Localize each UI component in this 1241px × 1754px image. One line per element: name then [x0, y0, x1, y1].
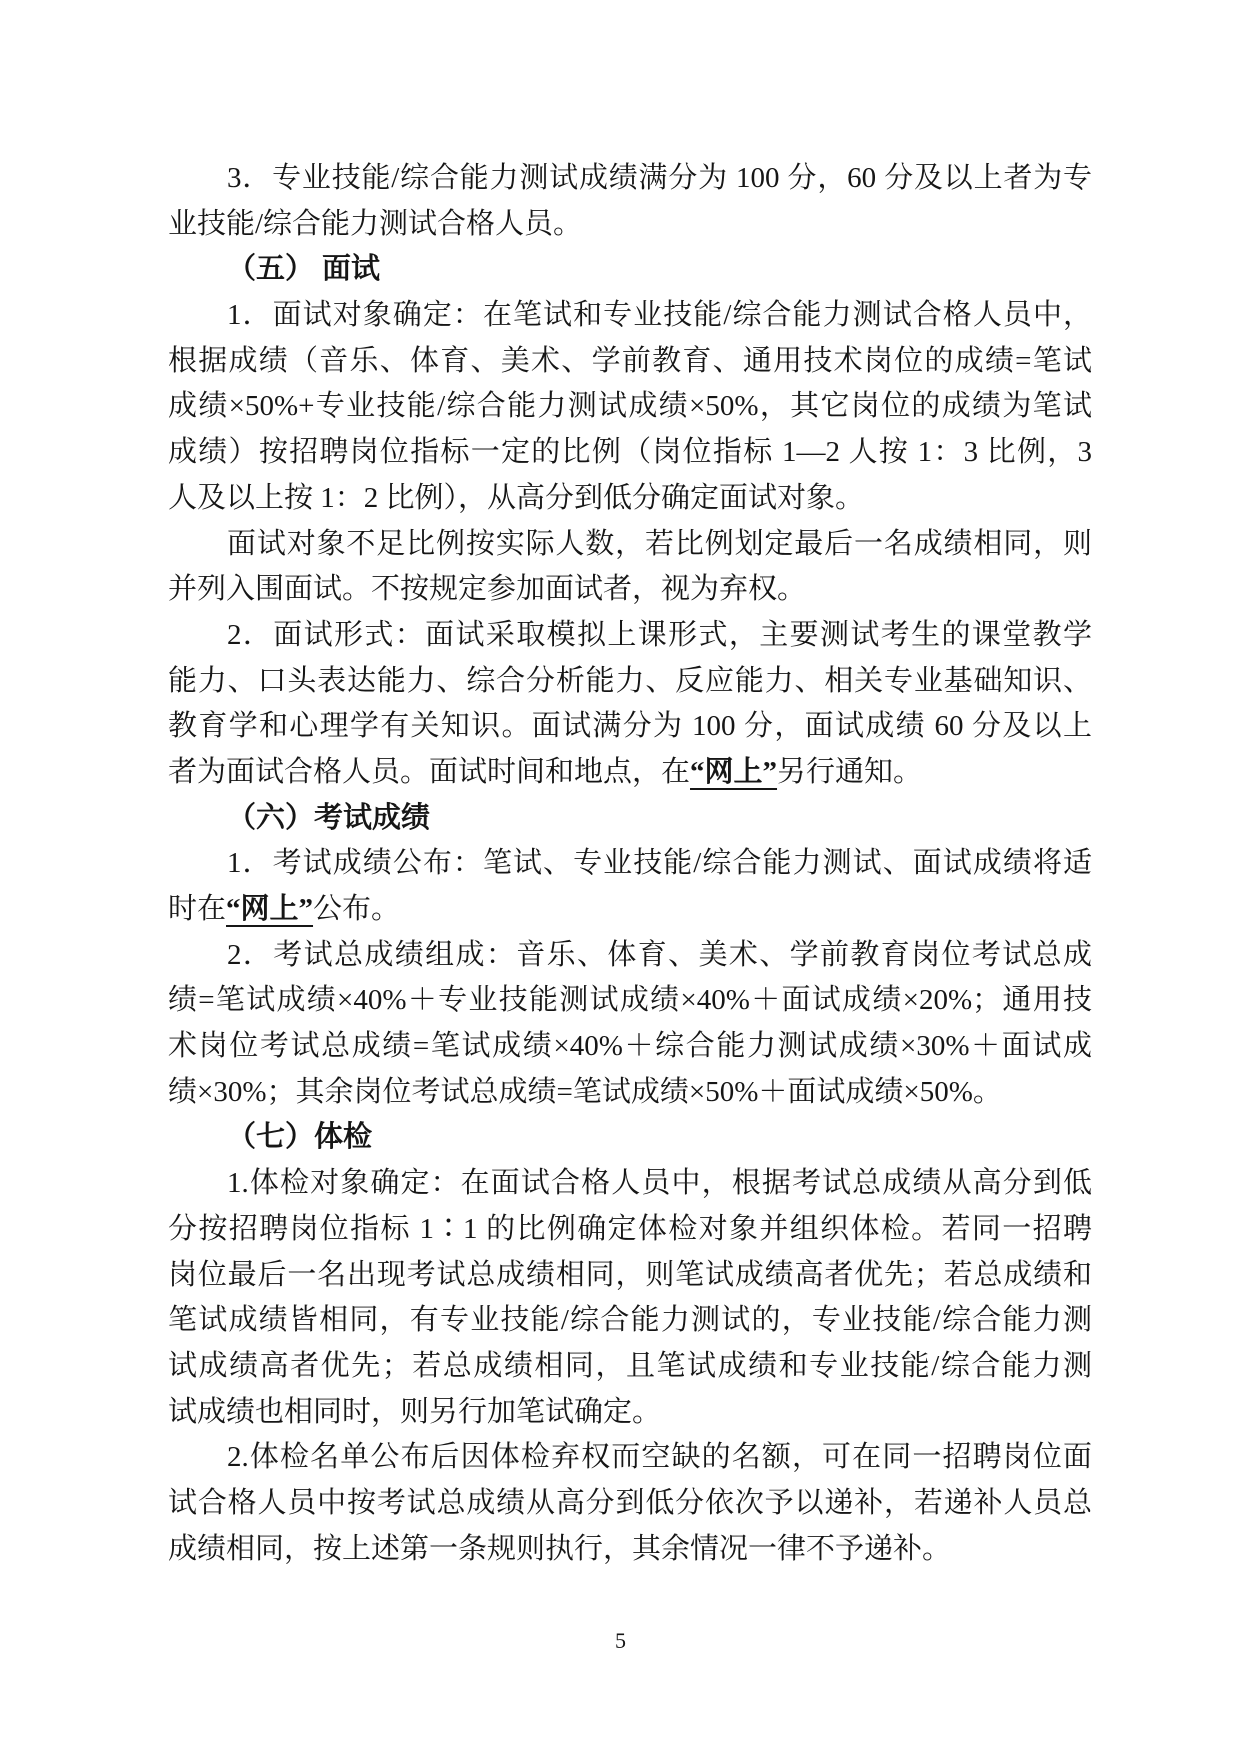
text-run: 2．面试形式：面试采取模拟上课形式，主要测试考生的课堂教学 — [227, 619, 1092, 651]
text-run: 成绩）按招聘岗位指标一定的比例（岗位指标 1—2 人按 1：3 比例，3 — [168, 436, 1092, 468]
text-line: 业技能/综合能力测试合格人员。 — [168, 202, 1092, 248]
text-run: 术岗位考试总成绩=笔试成绩×40%＋综合能力测试成绩×30%＋面试成 — [168, 1030, 1092, 1062]
section-heading: （五） 面试 — [168, 247, 1092, 293]
page-number: 5 — [0, 1628, 1241, 1654]
document-body: 3．专业技能/综合能力测试成绩满分为 100 分，60 分及以上者为专业技能/综… — [168, 156, 1092, 1572]
text-line: 面试对象不足比例按实际人数，若比例划定最后一名成绩相同，则 — [168, 522, 1092, 568]
text-run: 笔试成绩皆相同，有专业技能/综合能力测试的，专业技能/综合能力测 — [168, 1304, 1092, 1336]
text-run: 绩×30%；其余岗位考试总成绩=笔试成绩×50%＋面试成绩×50%。 — [168, 1076, 1002, 1108]
section-heading: （七）体检 — [168, 1115, 1092, 1161]
text-run: 试成绩也相同时，则另行加笔试确定。 — [168, 1396, 661, 1428]
text-run: 岗位最后一名出现考试总成绩相同，则笔试成绩高者优先；若总成绩和 — [168, 1259, 1092, 1291]
text-run: 1．面试对象确定：在笔试和专业技能/综合能力测试合格人员中， — [227, 299, 1092, 331]
text-line: 成绩）按招聘岗位指标一定的比例（岗位指标 1—2 人按 1：3 比例，3 — [168, 430, 1092, 476]
text-line: 2．面试形式：面试采取模拟上课形式，主要测试考生的课堂教学 — [168, 613, 1092, 659]
text-line: 2．考试总成绩组成：音乐、体育、美术、学前教育岗位考试总成 — [168, 933, 1092, 979]
text-run: 试成绩高者优先；若总成绩相同，且笔试成绩和专业技能/综合能力测 — [168, 1350, 1092, 1382]
text-line: 试合格人员中按考试总成绩从高分到低分依次予以递补，若递补人员总 — [168, 1481, 1092, 1527]
text-line: 者为面试合格人员。面试时间和地点，在“网上”另行通知。 — [168, 750, 1092, 796]
text-run: 时在 — [168, 893, 226, 925]
text-run: 1．考试成绩公布：笔试、专业技能/综合能力测试、面试成绩将适 — [227, 847, 1092, 879]
section-heading: （六）考试成绩 — [168, 796, 1092, 842]
text-line: 绩×30%；其余岗位考试总成绩=笔试成绩×50%＋面试成绩×50%。 — [168, 1070, 1092, 1116]
text-line: 能力、口头表达能力、综合分析能力、反应能力、相关专业基础知识、 — [168, 659, 1092, 705]
text-line: 3．专业技能/综合能力测试成绩满分为 100 分，60 分及以上者为专 — [168, 156, 1092, 202]
text-line: 试成绩高者优先；若总成绩相同，且笔试成绩和专业技能/综合能力测 — [168, 1344, 1092, 1390]
text-run: 成绩×50%+专业技能/综合能力测试成绩×50%，其它岗位的成绩为笔试 — [168, 390, 1092, 422]
text-run: 成绩相同，按上述第一条规则执行，其余情况一律不予递补。 — [168, 1533, 951, 1565]
text-run: 并列入围面试。不按规定参加面试者，视为弃权。 — [168, 573, 806, 605]
text-run: 教育学和心理学有关知识。面试满分为 100 分，面试成绩 60 分及以上 — [168, 710, 1092, 742]
text-run: 1.体检对象确定：在面试合格人员中，根据考试总成绩从高分到低 — [227, 1167, 1092, 1199]
text-line: 分按招聘岗位指标 1∶1 的比例确定体检对象并组织体检。若同一招聘 — [168, 1207, 1092, 1253]
text-run: 2.体检名单公布后因体检弃权而空缺的名额，可在同一招聘岗位面 — [227, 1441, 1092, 1473]
text-run: （七）体检 — [227, 1121, 372, 1153]
text-run: 者为面试合格人员。面试时间和地点，在 — [168, 756, 690, 788]
emphasized-underlined-term: “网上” — [226, 893, 313, 925]
text-line: 根据成绩（音乐、体育、美术、学前教育、通用技术岗位的成绩=笔试 — [168, 339, 1092, 385]
text-line: 术岗位考试总成绩=笔试成绩×40%＋综合能力测试成绩×30%＋面试成 — [168, 1024, 1092, 1070]
text-line: 人及以上按 1：2 比例），从高分到低分确定面试对象。 — [168, 476, 1092, 522]
text-run: 能力、口头表达能力、综合分析能力、反应能力、相关专业基础知识、 — [168, 665, 1092, 697]
text-run: 分按招聘岗位指标 1∶1 的比例确定体检对象并组织体检。若同一招聘 — [168, 1213, 1092, 1245]
text-run: 3．专业技能/综合能力测试成绩满分为 100 分，60 分及以上者为专 — [227, 162, 1092, 194]
text-run: （六）考试成绩 — [227, 802, 430, 834]
text-line: 1．面试对象确定：在笔试和专业技能/综合能力测试合格人员中， — [168, 293, 1092, 339]
text-run: 公布。 — [313, 893, 400, 925]
text-line: 并列入围面试。不按规定参加面试者，视为弃权。 — [168, 567, 1092, 613]
text-run: 面试对象不足比例按实际人数，若比例划定最后一名成绩相同，则 — [227, 528, 1092, 560]
text-run: 2．考试总成绩组成：音乐、体育、美术、学前教育岗位考试总成 — [227, 939, 1092, 971]
text-run: （五） 面试 — [227, 253, 380, 285]
text-line: 试成绩也相同时，则另行加笔试确定。 — [168, 1390, 1092, 1436]
text-line: 岗位最后一名出现考试总成绩相同，则笔试成绩高者优先；若总成绩和 — [168, 1253, 1092, 1299]
text-line: 1.体检对象确定：在面试合格人员中，根据考试总成绩从高分到低 — [168, 1161, 1092, 1207]
text-run: 另行通知。 — [777, 756, 922, 788]
text-line: 成绩相同，按上述第一条规则执行，其余情况一律不予递补。 — [168, 1527, 1092, 1573]
emphasized-underlined-term: “网上” — [690, 756, 777, 788]
text-line: 2.体检名单公布后因体检弃权而空缺的名额，可在同一招聘岗位面 — [168, 1435, 1092, 1481]
text-line: 1．考试成绩公布：笔试、专业技能/综合能力测试、面试成绩将适 — [168, 841, 1092, 887]
text-run: 人及以上按 1：2 比例），从高分到低分确定面试对象。 — [168, 482, 864, 514]
text-run: 业技能/综合能力测试合格人员。 — [168, 208, 582, 240]
text-line: 笔试成绩皆相同，有专业技能/综合能力测试的，专业技能/综合能力测 — [168, 1298, 1092, 1344]
text-run: 根据成绩（音乐、体育、美术、学前教育、通用技术岗位的成绩=笔试 — [168, 345, 1092, 377]
text-line: 成绩×50%+专业技能/综合能力测试成绩×50%，其它岗位的成绩为笔试 — [168, 384, 1092, 430]
text-line: 绩=笔试成绩×40%＋专业技能测试成绩×40%＋面试成绩×20%；通用技 — [168, 978, 1092, 1024]
text-line: 教育学和心理学有关知识。面试满分为 100 分，面试成绩 60 分及以上 — [168, 704, 1092, 750]
text-run: 绩=笔试成绩×40%＋专业技能测试成绩×40%＋面试成绩×20%；通用技 — [168, 984, 1092, 1016]
document-page: 3．专业技能/综合能力测试成绩满分为 100 分，60 分及以上者为专业技能/综… — [0, 0, 1241, 1754]
text-run: 试合格人员中按考试总成绩从高分到低分依次予以递补，若递补人员总 — [168, 1487, 1092, 1519]
text-line: 时在“网上”公布。 — [168, 887, 1092, 933]
